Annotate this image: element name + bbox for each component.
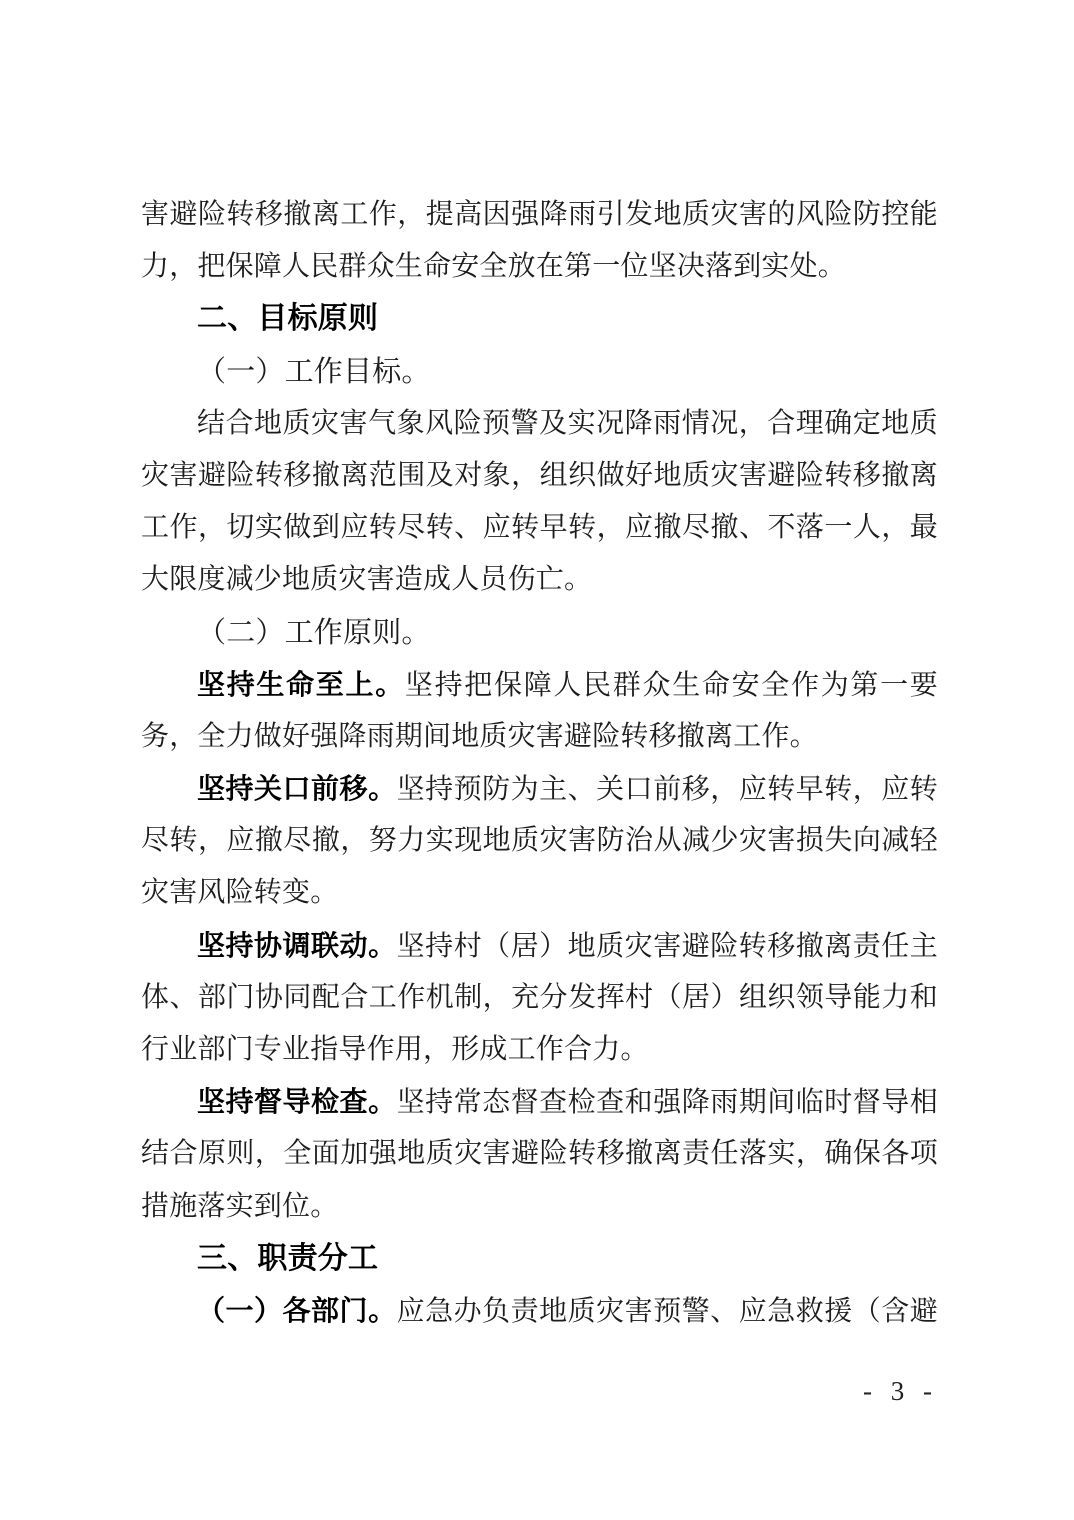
bold-lead: （一）各部门。 — [197, 1295, 397, 1326]
body-text: 行业部门专业指导作用，形成工作合力。 — [141, 1034, 649, 1065]
bold-lead: 坚持督导检查。 — [197, 1086, 397, 1117]
bold-lead: 坚持协调联动。 — [197, 930, 397, 961]
text-line: 三、职责分工 — [141, 1233, 938, 1285]
body-text: 力，把保障人民群众生命安全放在第一位坚决落到实处。 — [141, 251, 846, 282]
section-heading: 三、职责分工 — [197, 1242, 378, 1275]
document-page: 害避险转移撤离工作，提高因强降雨引发地质灾害的风险防控能力，把保障人民群众生命安… — [0, 0, 1074, 1520]
text-line: 坚持协调联动。坚持村（居）地质灾害避险转移撤离责任主 — [141, 920, 938, 972]
text-line: 二、目标原则 — [141, 293, 938, 345]
text-line: 力，把保障人民群众生命安全放在第一位坚决落到实处。 — [141, 241, 938, 293]
text-line: 结合地质灾害气象风险预警及实况降雨情况，合理确定地质 — [141, 398, 938, 450]
text-line: 大限度减少地质灾害造成人员伤亡。 — [141, 554, 938, 606]
body-text: 坚持村（居）地质灾害避险转移撤离责任主 — [397, 931, 938, 962]
text-line: 灾害风险转变。 — [141, 867, 938, 919]
body-text: 结合地质灾害气象风险预警及实况降雨情况，合理确定地质 — [197, 408, 938, 439]
body-text: 结合原则，全面加强地质灾害避险转移撤离责任落实，确保各项 — [141, 1138, 938, 1169]
text-line: 务，全力做好强降雨期间地质灾害避险转移撤离工作。 — [141, 711, 938, 763]
text-line: 灾害避险转移撤离范围及对象，组织做好地质灾害避险转移撤离 — [141, 450, 938, 502]
text-line: 结合原则，全面加强地质灾害避险转移撤离责任落实，确保各项 — [141, 1128, 938, 1180]
text-line: 害避险转移撤离工作，提高因强降雨引发地质灾害的风险防控能 — [141, 189, 938, 241]
text-line: （一）工作目标。 — [141, 346, 938, 398]
bold-lead: 坚持关口前移。 — [197, 773, 397, 804]
text-line: 行业部门专业指导作用，形成工作合力。 — [141, 1024, 938, 1076]
body-text: 灾害避险转移撤离范围及对象，组织做好地质灾害避险转移撤离 — [141, 460, 938, 491]
text-line: 体、部门协同配合工作机制，充分发挥村（居）组织领导能力和 — [141, 972, 938, 1024]
body-text: 坚持把保障人民群众生命安全作为第一要 — [405, 670, 938, 701]
body-text: 工作，切实做到应转尽转、应转早转，应撤尽撤、不落一人，最 — [141, 512, 938, 543]
document-body: 害避险转移撤离工作，提高因强降雨引发地质灾害的风险防控能力，把保障人民群众生命安… — [141, 189, 938, 1337]
body-text: 坚持预防为主、关口前移，应转早转，应转 — [397, 774, 938, 805]
body-text: 尽转，应撤尽撤，努力实现地质灾害防治从减少灾害损失向减轻 — [141, 825, 938, 856]
bold-lead: 坚持生命至上。 — [197, 669, 405, 700]
body-text: 务，全力做好强降雨期间地质灾害避险转移撤离工作。 — [141, 721, 818, 752]
text-line: 坚持督导检查。坚持常态督查检查和强降雨期间临时督导相 — [141, 1076, 938, 1128]
body-text: 坚持常态督查检查和强降雨期间临时督导相 — [397, 1087, 938, 1118]
text-line: 尽转，应撤尽撤，努力实现地质灾害防治从减少灾害损失向减轻 — [141, 815, 938, 867]
body-text: 害避险转移撤离工作，提高因强降雨引发地质灾害的风险防控能 — [141, 199, 938, 230]
page-number: - 3 - — [141, 1376, 938, 1407]
body-text: 措施落实到位。 — [141, 1191, 338, 1222]
subsection-heading: （一）工作目标。 — [197, 356, 431, 388]
body-text: 灾害风险转变。 — [141, 877, 338, 908]
text-line: 工作，切实做到应转尽转、应转早转，应撤尽撤、不落一人，最 — [141, 502, 938, 554]
section-heading: 二、目标原则 — [197, 302, 378, 335]
body-text: 应急办负责地质灾害预警、应急救援（含避 — [397, 1296, 938, 1327]
text-line: 坚持生命至上。坚持把保障人民群众生命安全作为第一要 — [141, 659, 938, 711]
body-text: 大限度减少地质灾害造成人员伤亡。 — [141, 564, 592, 595]
text-line: 坚持关口前移。坚持预防为主、关口前移，应转早转，应转 — [141, 763, 938, 815]
text-line: （二）工作原则。 — [141, 607, 938, 659]
text-line: （一）各部门。应急办负责地质灾害预警、应急救援（含避 — [141, 1285, 938, 1337]
text-line: 措施落实到位。 — [141, 1181, 938, 1233]
subsection-heading: （二）工作原则。 — [197, 617, 431, 649]
body-text: 体、部门协同配合工作机制，充分发挥村（居）组织领导能力和 — [141, 982, 938, 1013]
